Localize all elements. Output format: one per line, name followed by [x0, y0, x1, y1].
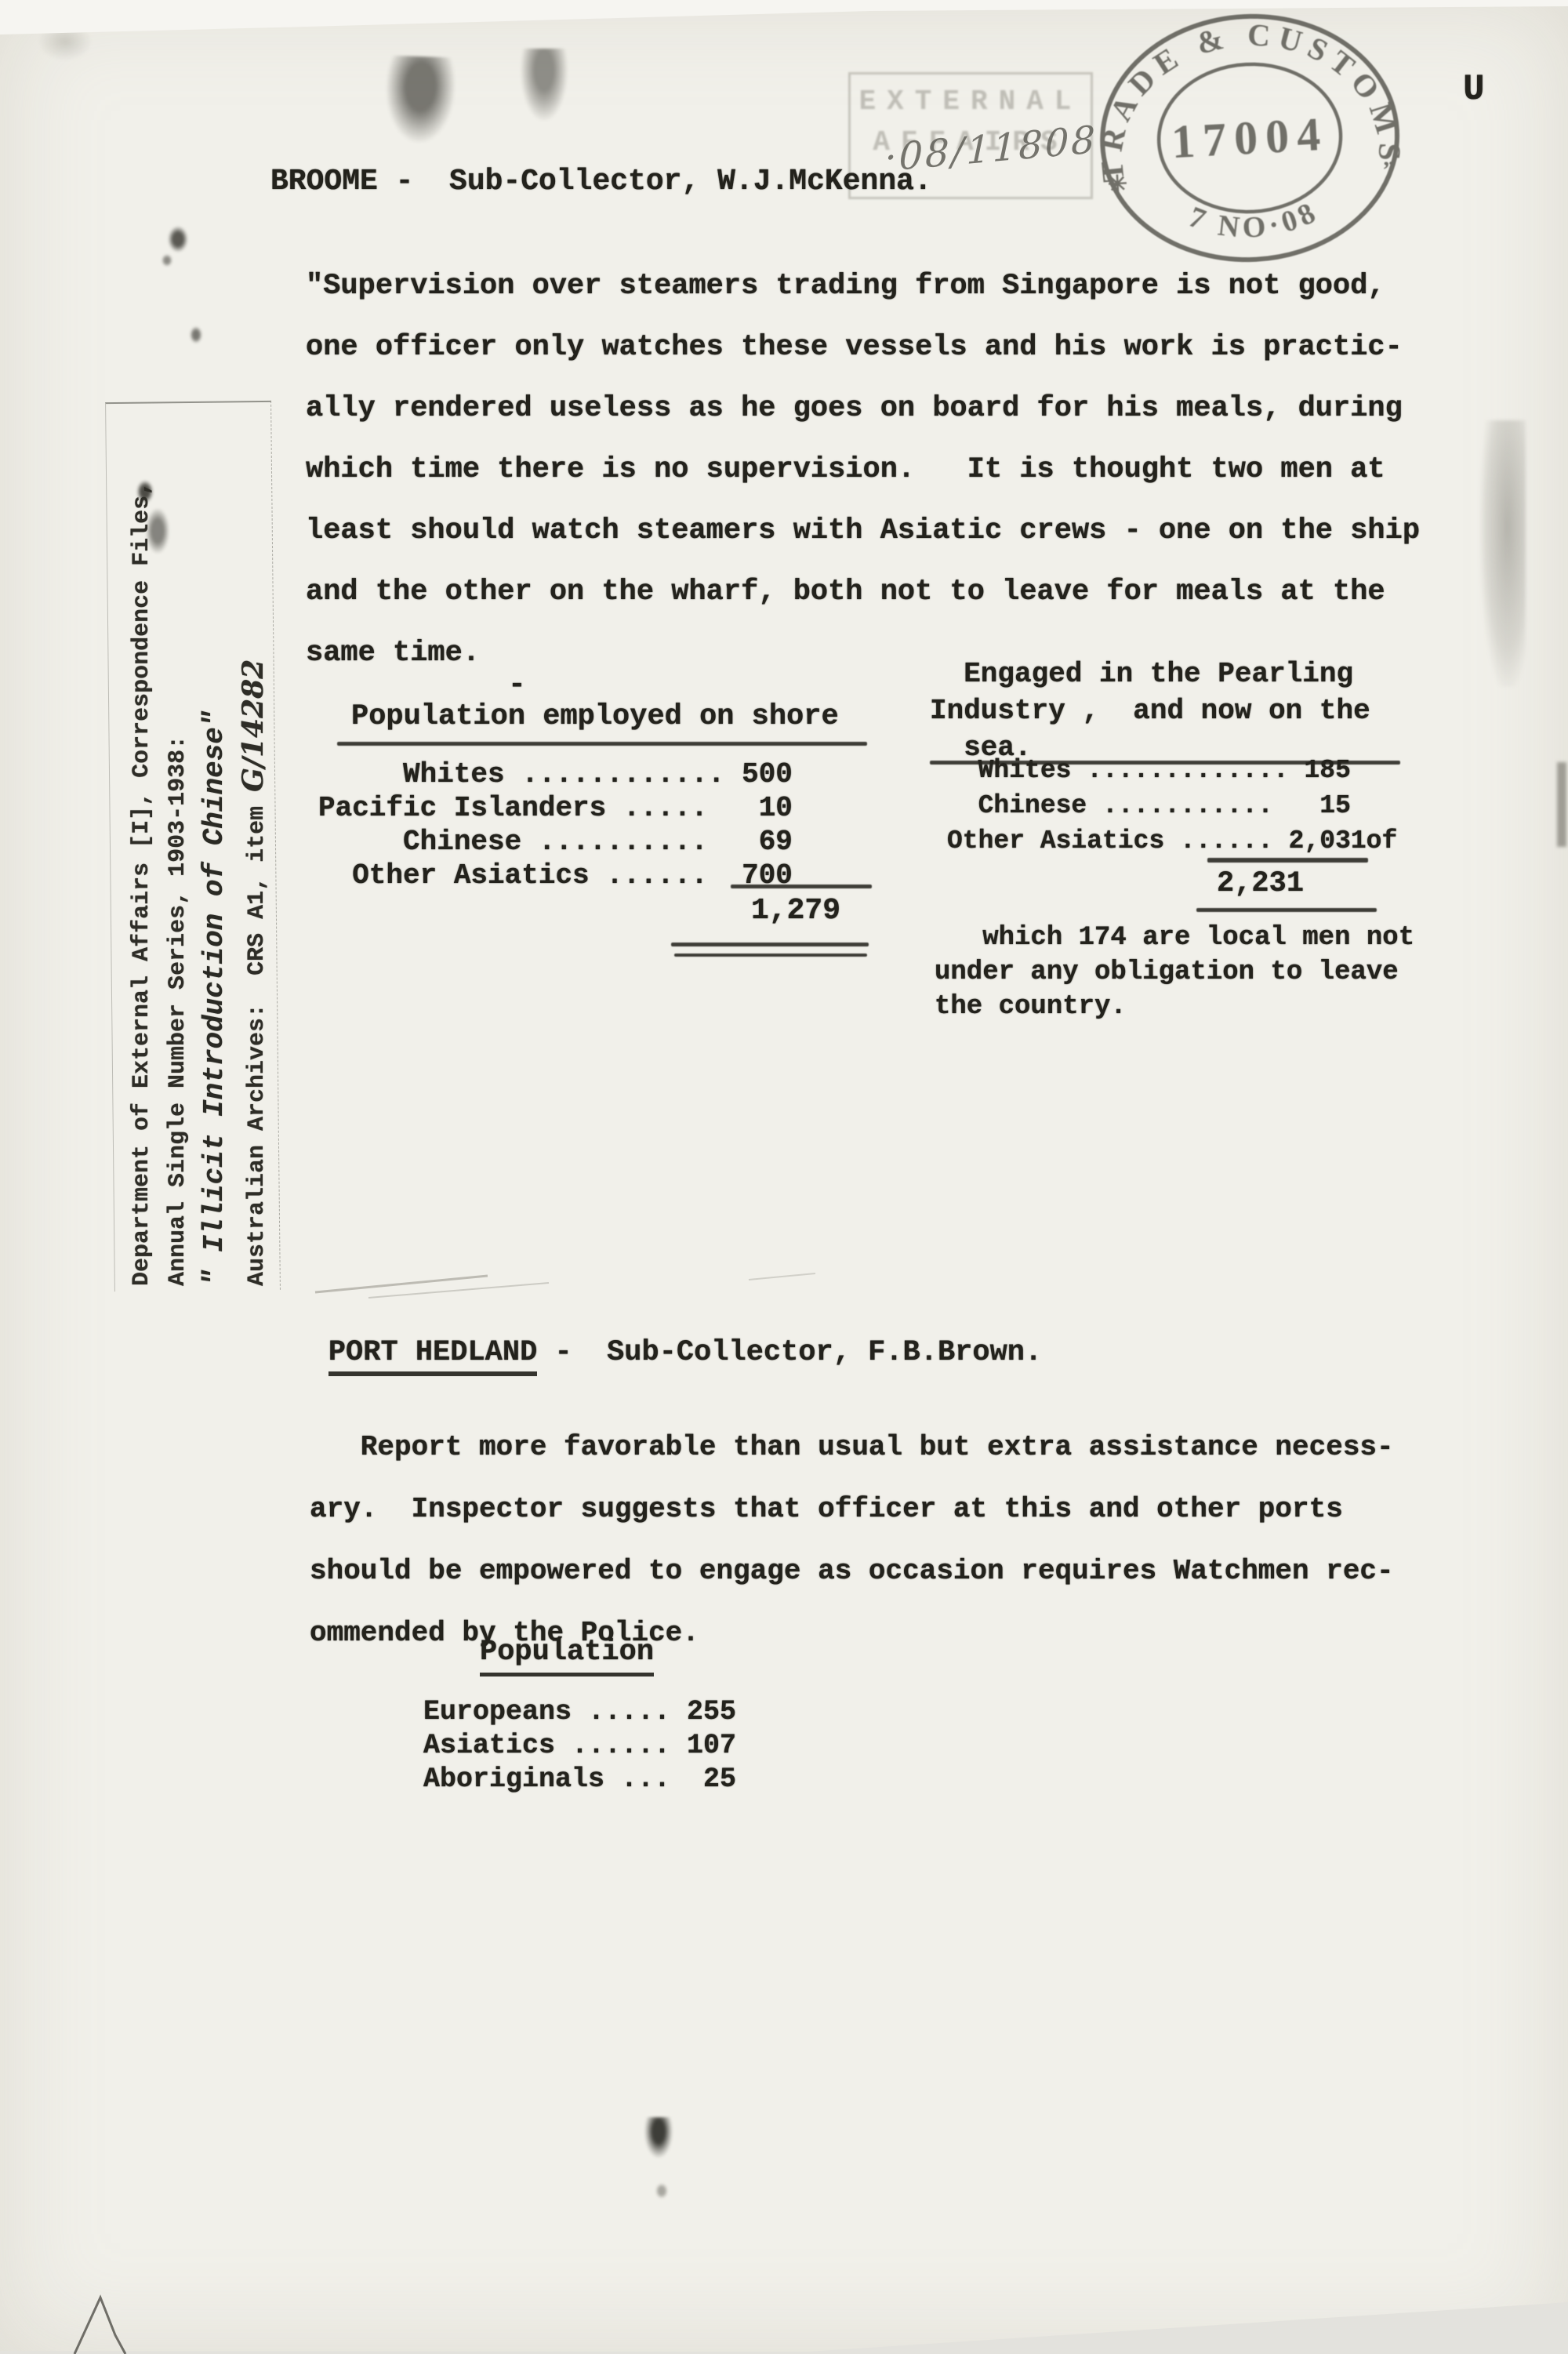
port-hedland-subcollector: - Sub-Collector, F.B.Brown. — [537, 1336, 1042, 1369]
sea-table-title-line: Industry , and now on the — [930, 692, 1370, 729]
paragraph-line: "Supervision over steamers trading from … — [306, 256, 1420, 317]
paragraph-line: one officer only watches these vessels a… — [306, 317, 1420, 378]
corner-letter: U — [1463, 69, 1485, 110]
paragraph-line: and the other on the wharf, both not to … — [306, 561, 1420, 623]
archival-citation: Department of External Affairs [I], Corr… — [124, 404, 277, 1286]
paragraph-line: ally rendered useless as he goes on boar… — [306, 378, 1420, 439]
ink-smudge — [521, 49, 568, 121]
pencil-scribble — [315, 1276, 488, 1292]
port-hedland-place: PORT HEDLAND — [328, 1336, 537, 1376]
citation-item-number-handwritten: G/14282 — [237, 659, 270, 792]
sea-table-note: which 174 are local men not under any ob… — [935, 921, 1414, 1024]
pencil-scribble — [749, 1273, 815, 1280]
port-hedland-heading: PORT HEDLAND - Sub-Collector, F.B.Brown. — [259, 1303, 1042, 1402]
stamp-number: 17004 — [1171, 108, 1330, 168]
corner-crease-mark — [74, 2298, 125, 2354]
note-line: under any obligation to leave — [935, 955, 1414, 990]
citation-line: Annual Single Number Series, 1903-1938: — [160, 404, 196, 1286]
shore-table-total-rule-1 — [671, 943, 869, 946]
shore-table-total-rule-2 — [674, 954, 867, 957]
paragraph-line: which time there is no supervision. It i… — [306, 439, 1420, 500]
ink-smudge — [384, 55, 456, 143]
shore-table-rows: Whites ............ 500 Pacific Islander… — [318, 757, 793, 892]
table-row: Europeans ..... 255 — [423, 1695, 736, 1729]
sea-table-sum-rule — [1207, 858, 1368, 863]
shore-table-title-underline — [337, 742, 867, 746]
shore-table-title: Population employed on shore — [351, 700, 839, 733]
shore-table-total: 1,279 — [751, 894, 840, 928]
paragraph-line: Report more favorable than usual but ext… — [310, 1416, 1394, 1478]
port-hedland-paragraph: Report more favorable than usual but ext… — [310, 1416, 1394, 1664]
note-line: the country. — [935, 990, 1414, 1024]
paragraph-line: ary. Inspector suggests that officer at … — [310, 1478, 1394, 1540]
paragraph-line: least should watch steamers with Asiatic… — [306, 500, 1420, 561]
ink-smudge — [38, 22, 93, 61]
ink-speck — [655, 2183, 668, 2199]
ink-speck — [162, 254, 172, 267]
paragraph-line: ommended by the Police. — [310, 1602, 1394, 1664]
ink-speck — [190, 326, 202, 343]
population-table-title: Population — [480, 1636, 654, 1676]
shore-table-dash: - — [508, 668, 526, 702]
stamp-right-mark: „ — [1382, 144, 1396, 171]
broome-paragraph: "Supervision over steamers trading from … — [306, 256, 1420, 684]
paragraph-line: should be empowered to engage as occasio… — [310, 1540, 1394, 1602]
table-row: Whites ............. 185 — [947, 753, 1397, 788]
table-row: Pacific Islanders ..... 10 — [318, 791, 793, 825]
paper-bottom-edge — [0, 2302, 1568, 2354]
sea-table-title-line: Engaged in the Pearling — [930, 656, 1370, 692]
sea-table-total-rule — [1196, 908, 1377, 912]
ink-blot — [644, 2117, 673, 2158]
citation-line-typed: Australian Archives: CRS A1, item — [244, 792, 270, 1286]
citation-line: Australian Archives: CRS A1, item G/1428… — [234, 404, 277, 1286]
note-line: which 174 are local men not — [935, 921, 1414, 955]
edge-smudge — [1557, 762, 1566, 847]
sea-table-rows: Whites ............. 185 Chinese .......… — [947, 753, 1397, 859]
population-table-rows: Europeans ..... 255 Asiatics ...... 107 … — [423, 1695, 736, 1796]
pencil-scribble — [368, 1283, 549, 1298]
external-affairs-stamp-line1: EXTERNAL — [851, 85, 1091, 118]
table-row: Asiatics ...... 107 — [423, 1729, 736, 1763]
table-row: Other Asiatics ...... 2,031of — [947, 823, 1397, 859]
table-row: Aboriginals ... 25 — [423, 1763, 736, 1796]
stamp-left-mark: ✳ — [1107, 171, 1128, 198]
ink-speck — [168, 226, 188, 252]
citation-line: Department of External Affairs [I], Corr… — [124, 404, 160, 1286]
sea-table-title: Engaged in the Pearling Industry , and n… — [930, 656, 1370, 766]
table-row: Chinese .......... 69 — [318, 825, 793, 859]
trade-customs-stamp: TRADE & CUSTOMS 7 NO·08 17004 ✳ „ — [1087, 0, 1411, 278]
shore-table-sum-rule — [731, 885, 872, 888]
broome-heading: BROOME - Sub-Collector, W.J.McKenna. — [270, 165, 932, 198]
table-row: Other Asiatics ...... 700 — [318, 859, 793, 892]
table-row: Whites ............ 500 — [318, 757, 793, 791]
table-row: Chinese ........... 15 — [947, 788, 1397, 823]
sea-table-total: 2,231 — [1217, 867, 1304, 900]
edge-smudge — [1480, 420, 1526, 687]
scanned-archive-document: U EXTERNAL AFFAIRS ·08/11808 TRADE & CUS… — [0, 0, 1568, 2354]
citation-handwritten-title: " Illicit Introduction of Chinese" — [196, 404, 234, 1286]
